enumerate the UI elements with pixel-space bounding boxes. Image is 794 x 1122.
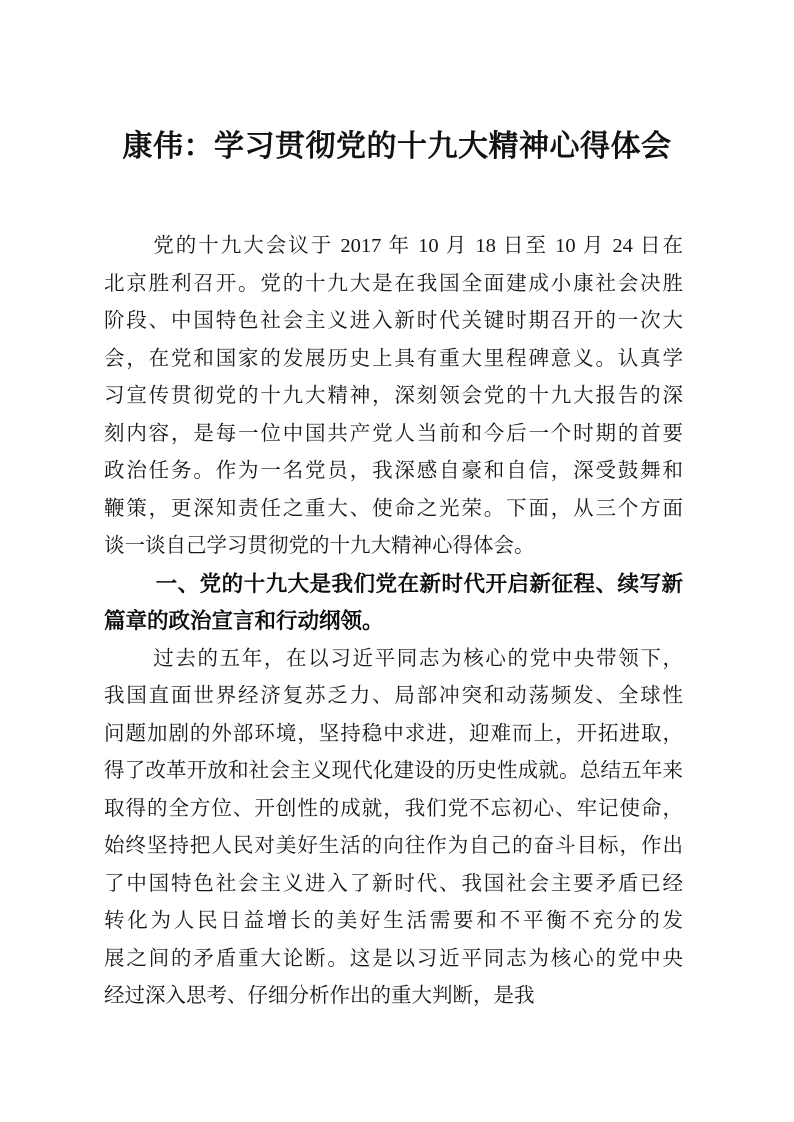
- text-line: 会，在党和国家的发展历史上具有重大里程碑意义。认真学: [104, 341, 683, 379]
- text-line: 鞭策，更深知责任之重大、使命之光荣。下面，从三个方面: [104, 491, 683, 529]
- paragraph: 过去的五年，在以习近平同志为核心的党中央带领下，我国直面世界经济复苏乏力、局部冲…: [104, 641, 683, 1016]
- text-line: 过去的五年，在以习近平同志为核心的党中央带领下，: [104, 641, 683, 679]
- section-heading: 一、党的十九大是我们党在新时代开启新征程、续写新篇章的政治宣言和行动纲领。: [104, 566, 683, 641]
- document-page: 康伟：学习贯彻党的十九大精神心得体会 党的十九大会议于 2017 年 10 月 …: [0, 0, 794, 1122]
- text-line: 我国直面世界经济复苏乏力、局部冲突和动荡频发、全球性: [104, 678, 683, 716]
- text-line: 经过深入思考、仔细分析作出的重大判断，是我: [104, 978, 683, 1016]
- text-line: 习宣传贯彻党的十九大精神，深刻领会党的十九大报告的深: [104, 378, 683, 416]
- text-line: 刻内容，是每一位中国共产党人当前和今后一个时期的首要: [104, 416, 683, 454]
- document-title: 康伟：学习贯彻党的十九大精神心得体会: [0, 126, 794, 168]
- text-line: 北京胜利召开。党的十九大是在我国全面建成小康社会决胜: [104, 266, 683, 304]
- text-line: 了中国特色社会主义进入了新时代、我国社会主要矛盾已经: [104, 866, 683, 904]
- text-line: 始终坚持把人民对美好生活的向往作为自己的奋斗目标，作出: [104, 828, 683, 866]
- text-line: 篇章的政治宣言和行动纲领。: [104, 603, 683, 641]
- text-line: 取得的全方位、开创性的成就，我们党不忘初心、牢记使命，: [104, 791, 683, 829]
- text-line: 一、党的十九大是我们党在新时代开启新征程、续写新: [104, 566, 683, 604]
- text-line: 转化为人民日益增长的美好生活需要和不平衡不充分的发: [104, 903, 683, 941]
- paragraph: 党的十九大会议于 2017 年 10 月 18 日至 10 月 24 日在北京胜…: [104, 228, 683, 566]
- text-line: 党的十九大会议于 2017 年 10 月 18 日至 10 月 24 日在: [104, 228, 683, 266]
- text-line: 得了改革开放和社会主义现代化建设的历史性成就。总结五年来: [104, 753, 683, 791]
- text-line: 问题加剧的外部环境，坚持稳中求进，迎难而上，开拓进取， 取: [104, 716, 683, 754]
- text-line: 政治任务。作为一名党员，我深感自豪和自信，深受鼓舞和: [104, 453, 683, 491]
- text-line: 阶段、中国特色社会主义进入新时代关键时期召开的一次大: [104, 303, 683, 341]
- document-body: 党的十九大会议于 2017 年 10 月 18 日至 10 月 24 日在北京胜…: [104, 228, 683, 1016]
- text-line: 展之间的矛盾重大论断。这是以习近平同志为核心的党中央: [104, 941, 683, 979]
- text-line: 谈一谈自己学习贯彻党的十九大精神心得体会。: [104, 528, 683, 566]
